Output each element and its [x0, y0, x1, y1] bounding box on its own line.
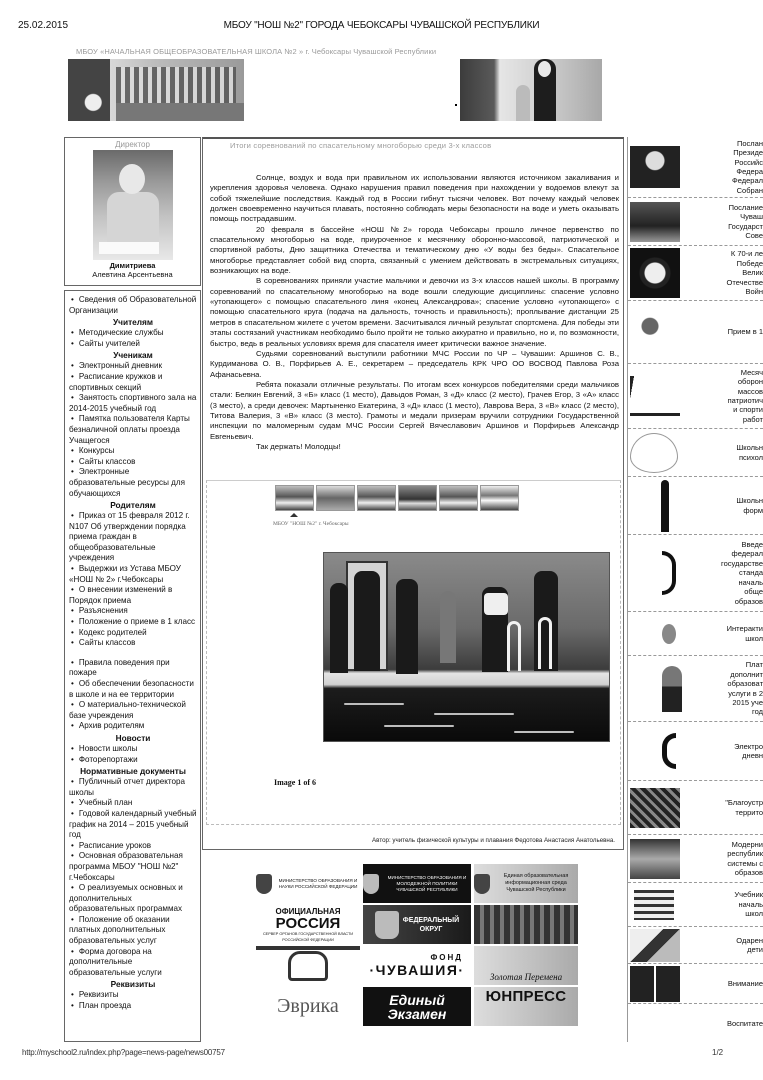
sidebar-link-label: Электродневн	[703, 742, 763, 761]
nav-link[interactable]: Форма договора на дополнительные образов…	[69, 947, 162, 977]
article-author: Автор: учитель физической культуры и пла…	[372, 837, 615, 844]
header-banner-teacher	[460, 59, 602, 121]
nav-item[interactable]: Сведения об Образовательной Организации	[69, 295, 197, 316]
photo-person	[396, 579, 418, 674]
partner-evrika[interactable]: Эврика	[256, 987, 360, 1026]
article-paragraph: Судьями соревнований выступили работники…	[210, 349, 619, 380]
nav-item[interactable]: Архив родителям	[69, 721, 197, 732]
partner-label: ОКРУГ	[403, 925, 459, 934]
gallery-main-photo[interactable]	[323, 552, 610, 742]
sidebar-link-first-grade-admission[interactable]: Прием в 1	[628, 301, 763, 364]
print-title: МБОУ "НОШ №2" ГОРОДА ЧЕБОКСАРЫ ЧУВАШСКОЙ…	[0, 20, 763, 31]
print-footer-url: http://myschool2.ru/index.php?page=news-…	[22, 1048, 225, 1057]
partner-label: Золотая Перемена	[490, 972, 562, 982]
partner-label: Единая образовательная информационная ср…	[494, 873, 578, 894]
partner-fond-chuvashia[interactable]: ФОНД ·ЧУВАШИЯ·	[363, 946, 471, 985]
gallery-thumb-1[interactable]	[275, 485, 314, 511]
nav-link[interactable]: Реквизиты	[79, 990, 119, 999]
partner-official-russia[interactable]: ОФИЦИАЛЬНАЯ РОССИЯ СЕРВЕР ОРГАНОВ ГОСУДА…	[256, 905, 360, 944]
nav-link[interactable]: Положение об оказании платных дополнител…	[69, 915, 170, 945]
sidebar-link-gifted-children[interactable]: Одарендети	[628, 927, 763, 964]
nav-link[interactable]: Фоторепортажи	[79, 755, 138, 764]
nav-section-students: Электронный дневник Расписание кружков и…	[69, 361, 197, 499]
partner-emblem[interactable]	[256, 946, 360, 985]
nav-item[interactable]: Электронный дневник	[69, 361, 197, 372]
nav-item[interactable]: Новости школы	[69, 744, 197, 755]
photo-person	[354, 571, 380, 671]
director-first-patronymic: Алевтина Арсентьевна	[65, 270, 200, 279]
nav-link[interactable]: Архив родителям	[79, 721, 145, 730]
gallery-caption: МБОУ "НОШ №2" г. Чебоксары	[273, 521, 349, 527]
nav-link[interactable]: Электронные образовательные ресурсы для …	[69, 467, 185, 497]
article-paragraph: В соревнованиях приняли участие мальчики…	[210, 276, 619, 348]
sidebar-link-label: Введефедералгосударствестанданачальобщео…	[703, 540, 763, 606]
photo-ripple	[434, 713, 514, 715]
nav-link[interactable]: Методические службы	[79, 328, 164, 337]
partner-label: ЮНПРЕСС	[486, 989, 567, 1004]
flower-image	[68, 59, 110, 121]
partner-eois[interactable]: Единая образовательная информационная ср…	[474, 864, 578, 903]
director-label: Директор	[65, 140, 200, 149]
photo-ripple	[344, 703, 404, 705]
sidebar-link-label: К 70-и леПобедеВеликОтечествеВойн	[703, 249, 763, 296]
coat-of-arms-icon	[363, 874, 379, 894]
sidebar-link-interactive-school[interactable]: Интерактишкол	[628, 612, 763, 656]
nav-link[interactable]: Конкурсы	[79, 446, 115, 455]
nav-link[interactable]: Занятость спортивного зала на 2014-2015 …	[69, 393, 196, 413]
nav-link[interactable]: О внесении изменений в Порядок приема	[69, 585, 172, 605]
nav-section-teachers: Методические службы Сайты учителей	[69, 328, 197, 349]
victory-order-icon	[630, 248, 680, 298]
e-diary-icon	[662, 733, 676, 769]
active-thumb-indicator-icon	[290, 513, 298, 517]
gallery-thumb-3[interactable]	[357, 485, 396, 511]
gallery-thumb-5[interactable]	[439, 485, 478, 511]
article-paragraph: Ребята показали отличные результаты. По …	[210, 380, 619, 442]
head-of-chuvashia-photo	[630, 202, 680, 242]
nav-item[interactable]: Занятость спортивного зала на 2014-2015 …	[69, 393, 197, 414]
nav-link[interactable]: Сайты классов	[79, 457, 136, 466]
modernization-photo	[630, 839, 680, 879]
partner-label: МИНИСТЕРСТВО ОБРАЗОВАНИЯ И МОЛОДЕЖНОЙ ПО…	[383, 875, 471, 893]
sidebar-link-label: Учебникначальшкол	[703, 890, 763, 918]
partner-label: Единый	[389, 993, 445, 1007]
nav-link[interactable]: Выдержки из Устава МБОУ «НОШ № 2» г.Чебо…	[69, 564, 181, 584]
article-paragraph: Солнце, воздух и вода при правильном их …	[210, 173, 619, 225]
nav-item[interactable]: Приказ от 15 февраля 2012 г. N107 Об утв…	[69, 511, 197, 564]
gallery-thumb-2[interactable]	[316, 485, 355, 511]
nav-item[interactable]: Фоторепортажи	[69, 755, 197, 766]
globe-icon	[662, 624, 676, 644]
schoolboy-illustration	[630, 303, 680, 361]
putin-photo	[630, 146, 680, 188]
partner-school-photo[interactable]	[474, 905, 578, 944]
sidebar-link-chuvash-message[interactable]: ПосланиеЧувашГосударстСове	[628, 198, 763, 246]
coat-of-arms-icon	[256, 874, 272, 894]
nav-item[interactable]: Сайты классов	[69, 457, 197, 468]
director-photo-paper	[99, 242, 159, 254]
nav-link[interactable]: Годовой календарный учебный график на 20…	[69, 809, 197, 839]
nav-section-safety: Правила поведения при пожаре Об обеспече…	[69, 658, 197, 732]
sidebar-link-president-message[interactable]: ПосланПрезидеРоссийсФедераФедералСобран	[628, 137, 763, 198]
nav-heading-teachers: Учителям	[69, 316, 197, 328]
sidebar-link-e-diary[interactable]: Электродневн	[628, 722, 763, 781]
coat-of-arms-icon	[474, 874, 490, 894]
nav-item[interactable]: Положение о приеме в 1 класс	[69, 617, 197, 628]
director-card: Директор Димитриева Алевтина Арсентьевна	[64, 137, 201, 286]
nav-link[interactable]: Памятка пользователя Карты безналичной о…	[69, 414, 190, 444]
nav-link[interactable]: Правила поведения при пожаре	[69, 658, 170, 678]
header-banner-school	[68, 59, 244, 121]
woman-head	[538, 61, 551, 77]
sidebar-link-label: Школьнпсихол	[703, 443, 763, 462]
nav-item[interactable]: Разъяснения	[69, 606, 197, 617]
nav-link[interactable]: Учебный план	[79, 798, 133, 807]
article-paragraph: 20 февраля в бассейне «НОШ №2» города Че…	[210, 225, 619, 277]
school-building-image	[116, 67, 236, 103]
sidebar-link-territory-improvement[interactable]: "Благоустртеррито	[628, 781, 763, 835]
heart-hands-icon	[630, 433, 678, 473]
sidebar-link-paid-services[interactable]: Платдополнитобразоватуслуги в 22015 учег…	[628, 656, 763, 722]
sidebar-link-educator[interactable]: Воспитате	[628, 1004, 763, 1042]
nav-item[interactable]: О материально-технической базе учреждени…	[69, 700, 197, 721]
nav-item[interactable]: Форма договора на дополнительные образов…	[69, 947, 197, 979]
sidebar-link-label: "Благоустртеррито	[703, 798, 763, 817]
nav-link[interactable]: Сайты учителей	[79, 339, 140, 348]
nav-item[interactable]: О реализуемых основных и дополнительных …	[69, 883, 197, 915]
nav-link[interactable]: Приказ от 15 февраля 2012 г. N107 Об утв…	[69, 511, 190, 562]
nav-item[interactable]: Годовой календарный учебный график на 20…	[69, 809, 197, 841]
fgos-logo-icon	[662, 551, 676, 595]
nav-link[interactable]: Основная образовательная программа МБОУ …	[69, 851, 183, 881]
right-sidebar: ПосланПрезидеРоссийсФедераФедералСобран …	[627, 137, 763, 1042]
banner-ground	[116, 103, 244, 121]
photo-shirt	[484, 593, 508, 615]
nav-section-news: Новости школы Фоторепортажи	[69, 744, 197, 765]
nav-section-parents: Приказ от 15 февраля 2012 г. N107 Об утв…	[69, 511, 197, 649]
nav-link[interactable]: Сайты классов	[79, 638, 136, 647]
print-page-number: 1/2	[712, 1048, 723, 1057]
gallery-thumbnails	[275, 485, 519, 511]
nav-section-requisites: Реквизиты План проезда	[69, 990, 197, 1011]
banner-dot	[455, 104, 457, 106]
nav-item[interactable]: Учебный план	[69, 798, 197, 809]
nav-heading-news: Новости	[69, 732, 197, 744]
books-icon	[634, 890, 674, 920]
nav-heading-documents: Нормативные документы	[69, 765, 197, 777]
attention-poster	[630, 966, 680, 1002]
gifted-children-photo	[630, 929, 680, 962]
photo-person	[330, 583, 348, 673]
partner-label: МИНИСТЕРСТВО ОБРАЗОВАНИЯ И НАУКИ РОССИЙС…	[276, 878, 360, 890]
partner-banners: МИНИСТЕРСТВО ОБРАЗОВАНИЯ И НАУКИ РОССИЙС…	[256, 864, 586, 1026]
gallery-counter: Image 1 of 6	[274, 778, 316, 787]
nav-item[interactable]: Публичный отчет директора школы	[69, 777, 197, 798]
uniform-figure-icon	[661, 480, 669, 532]
nav-link[interactable]: Расписание уроков	[79, 841, 151, 850]
sidebar-link-attention[interactable]: Внимание	[628, 964, 763, 1004]
nav-heading-requisites: Реквизиты	[69, 978, 197, 990]
partner-label: ФОНД	[430, 953, 463, 962]
sidebar-link-school-psychologist[interactable]: Школьнпсихол	[628, 429, 763, 477]
sidebar-link-label: Одарендети	[703, 936, 763, 955]
sidebar-link-label: Платдополнитобразоватуслуги в 22015 учег…	[703, 660, 763, 716]
photo-pool-ladder	[538, 617, 552, 669]
nav-heading-students: Ученикам	[69, 349, 197, 361]
nav-item[interactable]: Расписание кружков и спортивных секций	[69, 372, 197, 393]
nav-item[interactable]: Расписание уроков	[69, 841, 197, 852]
nav-item[interactable]: Правила поведения при пожаре	[69, 658, 197, 679]
sidebar-link-label: Модерниреспубликсистемы собразов	[703, 840, 763, 878]
article-title: Итоги соревнований по спасательному мног…	[203, 139, 623, 150]
partner-label: РОССИЯ	[276, 916, 341, 931]
photo-gallery: МБОУ "НОШ №2" г. Чебоксары Image 1 of 6	[206, 480, 621, 825]
nav-link[interactable]: План проезда	[79, 1001, 131, 1010]
partner-zolotaya-peremena[interactable]: Золотая Перемена	[474, 946, 578, 985]
sidebar-link-label: Месячоборонмассовпатриотичи спортиработ	[703, 368, 763, 424]
nav-section-documents: Публичный отчет директора школы Учебный …	[69, 777, 197, 978]
partner-minobr-rf[interactable]: МИНИСТЕРСТВО ОБРАЗОВАНИЯ И НАУКИ РОССИЙС…	[256, 864, 360, 903]
photo-person	[440, 591, 456, 663]
nav-item[interactable]: Методические службы	[69, 328, 197, 339]
nav-heading-parents: Родителям	[69, 499, 197, 511]
partner-minobr-chr[interactable]: МИНИСТЕРСТВО ОБРАЗОВАНИЯ И МОЛОДЕЖНОЙ ПО…	[363, 864, 471, 903]
nav-link[interactable]: О реализуемых основных и дополнительных …	[69, 883, 183, 913]
partner-yunpress[interactable]: ЮНПРЕСС	[474, 987, 578, 1026]
sidebar-link-fgos[interactable]: Введефедералгосударствестанданачальобщео…	[628, 535, 763, 612]
sidebar-link-textbooks[interactable]: Учебникначальшкол	[628, 883, 763, 927]
nav-link[interactable]: О материально-технической базе учреждени…	[69, 700, 186, 720]
partner-label: ·ЧУВАШИЯ·	[369, 962, 464, 978]
nav-item[interactable]: Конкурсы	[69, 446, 197, 457]
partner-label: ФЕДЕРАЛЬНЫЙ	[403, 916, 459, 925]
article-paragraph: Так держать! Молодцы!	[210, 442, 619, 452]
sidebar-link-school-uniform[interactable]: Школьнформ	[628, 477, 763, 535]
nav-spacer	[69, 649, 197, 658]
nav-link[interactable]: Об обеспечении безопасности в школе и на…	[69, 679, 194, 699]
sidebar-link-patriotic-month[interactable]: Месячоборонмассовпатриотичи спортиработ	[628, 364, 763, 429]
nav-item[interactable]: Положение об оказании платных дополнител…	[69, 915, 197, 947]
director-surname: Димитриева	[65, 261, 200, 270]
nav-item[interactable]: Памятка пользователя Карты безналичной о…	[69, 414, 197, 446]
partner-label: Экзамен	[388, 1007, 447, 1021]
nav-link[interactable]: Сведения об Образовательной Организации	[69, 295, 196, 315]
gallery-thumb-6[interactable]	[480, 485, 519, 511]
nav-link[interactable]: Кодекс родителей	[79, 628, 147, 637]
eagle-emblem-icon	[375, 911, 399, 939]
nav-section-general: Сведения об Образовательной Организации	[69, 295, 197, 316]
nav-item[interactable]: Об обеспечении безопасности в школе и на…	[69, 679, 197, 700]
nav-item[interactable]: О внесении изменений в Порядок приема	[69, 585, 197, 606]
nav-link[interactable]: Расписание кружков и спортивных секций	[69, 372, 162, 392]
girl-figure	[516, 85, 530, 121]
nav-item[interactable]: Основная образовательная программа МБОУ …	[69, 851, 197, 883]
sidebar-link-label: Прием в 1	[703, 327, 763, 336]
nav-item[interactable]: Сайты учителей	[69, 339, 197, 350]
sidebar-link-label: ПосланПрезидеРоссийсФедераФедералСобран	[703, 139, 763, 195]
nav-link[interactable]: Разъяснения	[79, 606, 128, 615]
photo-ripple	[514, 731, 574, 733]
main-nav: Сведения об Образовательной Организации …	[64, 290, 201, 1042]
partner-label: СЕРВЕР ОРГАНОВ ГОСУДАРСТВЕННОЙ ВЛАСТИ РО…	[256, 931, 360, 943]
sidebar-link-label: Интерактишкол	[703, 624, 763, 643]
nav-item[interactable]: Реквизиты	[69, 990, 197, 1001]
partner-label: Эврика	[277, 995, 339, 1018]
gallery-thumb-4[interactable]	[398, 485, 437, 511]
territory-photo	[630, 788, 680, 828]
nav-item[interactable]: Электронные образовательные ресурсы для …	[69, 467, 197, 499]
sidebar-link-label: Воспитате	[703, 1019, 763, 1028]
nav-link[interactable]: Публичный отчет директора школы	[69, 777, 185, 797]
sidebar-link-modernization[interactable]: Модерниреспубликсистемы собразов	[628, 835, 763, 883]
sidebar-link-label: ПосланиеЧувашГосударстСове	[703, 203, 763, 241]
nav-link[interactable]: Новости школы	[79, 744, 138, 753]
nav-link[interactable]: Электронный дневник	[79, 361, 162, 370]
nav-link[interactable]: Положение о приеме в 1 класс	[79, 617, 195, 626]
sidebar-link-label: Школьнформ	[703, 496, 763, 515]
patriotic-month-poster	[630, 376, 680, 416]
left-sidebar: Директор Димитриева Алевтина Арсентьевна…	[64, 137, 201, 1042]
partner-edinyi-ekzamen[interactable]: Единый Экзамен	[363, 987, 471, 1026]
nav-item[interactable]: Выдержки из Устава МБОУ «НОШ № 2» г.Чебо…	[69, 564, 197, 585]
nav-item[interactable]: План проезда	[69, 1001, 197, 1012]
nav-item[interactable]: Сайты классов	[69, 638, 197, 649]
director-photo	[93, 150, 173, 260]
book-emblem-icon	[288, 951, 328, 981]
photo-ripple	[384, 725, 454, 727]
site-name: МБОУ «НАЧАЛЬНАЯ ОБЩЕОБРАЗОВАТЕЛЬНАЯ ШКОЛ…	[76, 47, 436, 56]
sidebar-link-victory-70[interactable]: К 70-и леПобедеВеликОтечествеВойн	[628, 246, 763, 301]
sidebar-link-label: Внимание	[703, 979, 763, 988]
partner-federal-okrug[interactable]: ФЕДЕРАЛЬНЫЙ ОКРУГ	[363, 905, 471, 944]
director-photo-face	[119, 164, 145, 194]
article-panel: Итоги соревнований по спасательному мног…	[202, 137, 624, 850]
photo-pool-ladder	[507, 621, 521, 671]
nav-item[interactable]: Кодекс родителей	[69, 628, 197, 639]
paid-services-icon	[662, 666, 682, 712]
article-body: Солнце, воздух и вода при правильном их …	[210, 173, 619, 452]
